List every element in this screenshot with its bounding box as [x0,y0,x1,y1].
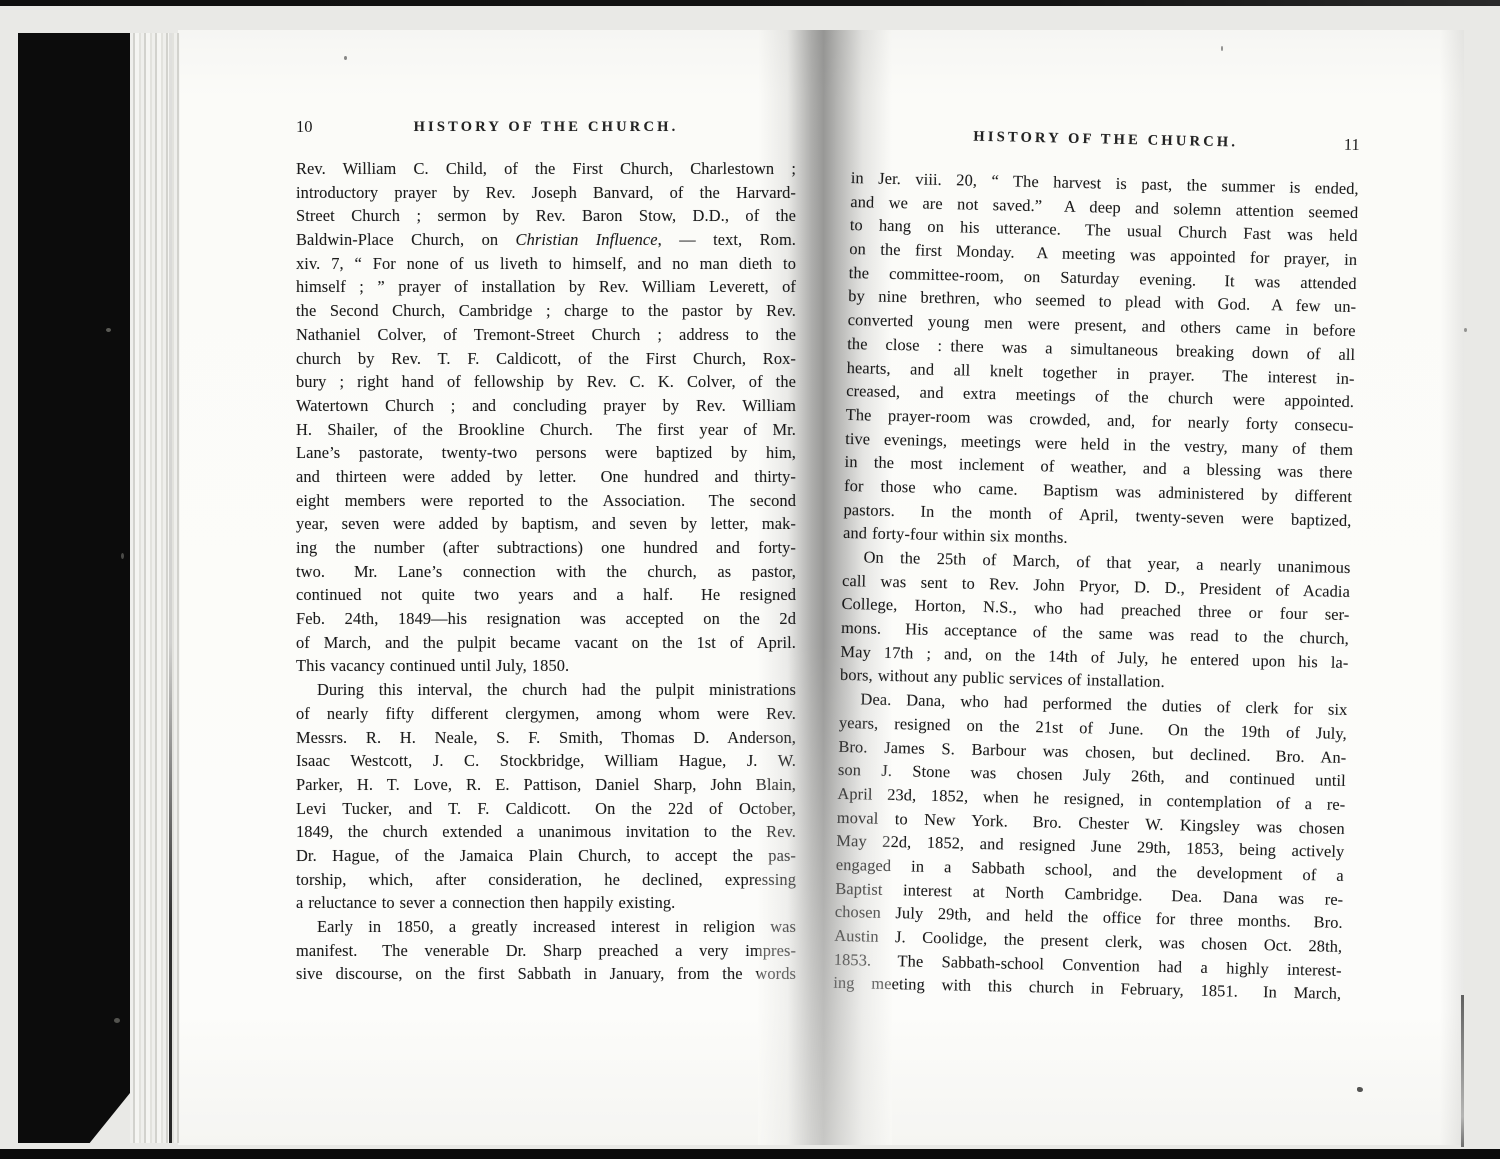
text-line: Dr. Hague, of the Jamaica Plain Church, … [296,844,796,868]
text-line: a reluctance to sever a connection then … [296,891,796,915]
italic-text: Christian Influence [516,230,658,249]
scan-speck [1221,46,1223,51]
page-edge-striations [130,33,180,1143]
left-running-title: HISTORY OF THE CHURCH. [296,119,796,136]
right-page-number: 11 [1344,135,1360,155]
right-page-body: in Jer. viii. 20, “ The harvest is past,… [833,166,1359,1006]
text-line: Lane’s pastorate, twenty-two persons wer… [296,441,796,465]
text-line: Messrs. R. H. Neale, S. F. Smith, Thomas… [296,726,796,750]
text-line: year, seven were added by baptism, and s… [296,512,796,536]
left-page-body: Rev. William C. Child, of the First Chur… [296,157,796,986]
text-line: and thirteen were added by letter. One h… [296,465,796,489]
right-page: HISTORY OF THE CHURCH. 11 in Jer. viii. … [833,126,1360,1006]
text-line: torship, which, after consideration, he … [296,868,796,892]
spine-speck [114,1018,120,1023]
spine-speck [121,553,124,559]
text-line: xiv. 7, “ For none of us liveth to himse… [296,252,796,276]
text-line: 1849, the church extended a unanimous in… [296,820,796,844]
text-line: Levi Tucker, and T. F. Caldicott. On the… [296,797,796,821]
text-line: This vacancy continued until July, 1850. [296,654,796,678]
text-line: introductory prayer by Rev. Joseph Banva… [296,181,796,205]
book-spine [18,33,130,1143]
text-line: bury ; right hand of fellowship by Rev. … [296,370,796,394]
right-page-edge-line [1461,995,1464,1147]
text-line: the Second Church, Cambridge ; charge to… [296,299,796,323]
text-line: eight members were reported to the Assoc… [296,489,796,513]
text-line: church by Rev. T. F. Caldicott, of the F… [296,347,796,371]
scanned-book-spread: { "scan": { "background_color": "#e9e9e6… [0,0,1500,1159]
scan-speck [1357,1087,1363,1092]
text-line: Nathaniel Colver, of Tremont-Street Chur… [296,323,796,347]
scan-speck [344,56,347,60]
text-segment: Baldwin-Place Church, on [296,230,516,249]
top-scan-bar [0,0,1500,6]
text-line: of March, and the pulpit became vacant o… [296,631,796,655]
text-line: ing the number (after subtractions) one … [296,536,796,560]
text-line: manifest. The venerable Dr. Sharp preach… [296,939,796,963]
text-line: Watertown Church ; and concluding prayer… [296,394,796,418]
left-page: 10 HISTORY OF THE CHURCH. Rev. William C… [296,119,796,986]
text-line: During this interval, the church had the… [296,678,796,702]
text-line: continued not quite two years and a half… [296,583,796,607]
right-paper-edge-shading [1440,30,1464,1145]
text-line: H. Shailer, of the Brookline Church. The… [296,418,796,442]
text-line: Feb. 24th, 1849—his resignation was acce… [296,607,796,631]
bottom-scan-bar [0,1149,1500,1159]
text-line: sive discourse, on the first Sabbath in … [296,962,796,986]
text-line: Baldwin-Place Church, on Christian Influ… [296,228,796,252]
text-line: Street Church ; sermon by Rev. Baron Sto… [296,204,796,228]
text-line: Early in 1850, a greatly increased inter… [296,915,796,939]
spine-speck [106,328,111,332]
text-segment: , — text, Rom. [658,230,796,249]
left-page-header: 10 HISTORY OF THE CHURCH. [296,119,796,138]
text-line: Isaac Westcott, J. C. Stockbridge, Willi… [296,749,796,773]
text-line: two. Mr. Lane’s connection with the chur… [296,560,796,584]
text-line: himself ; ” prayer of installation by Re… [296,275,796,299]
text-line: of nearly fifty different clergymen, amo… [296,702,796,726]
text-line: Rev. William C. Child, of the First Chur… [296,157,796,181]
scan-speck [1464,328,1467,332]
page-edge-line [169,33,172,1143]
text-line: Parker, H. T. Love, R. E. Pattison, Dani… [296,773,796,797]
